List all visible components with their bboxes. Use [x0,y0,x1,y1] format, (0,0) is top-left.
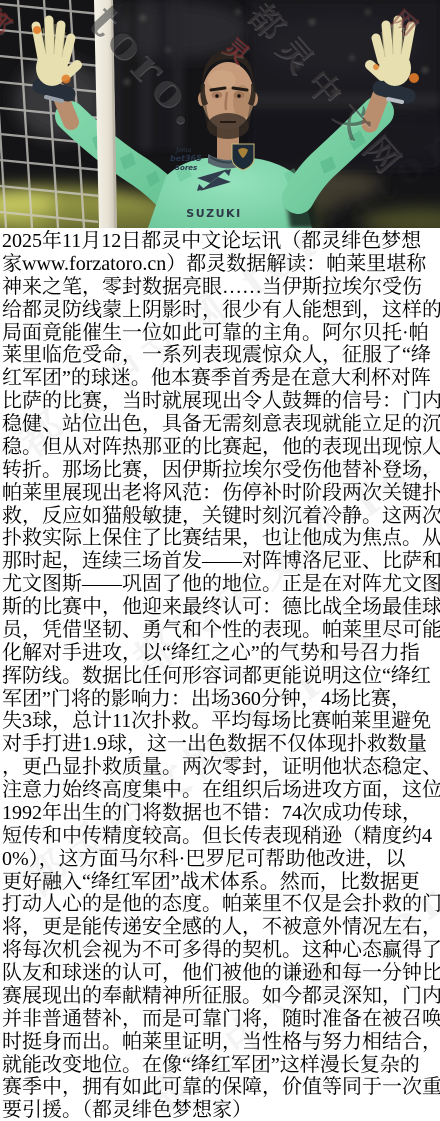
jersey-bet365-text: bet365 [170,154,202,163]
text-line: 斯的比赛中，他迎来最终认可：德比战全场最佳球 [2,596,440,619]
text-line: 给都灵防线蒙上阴影时，很少有人能想到，这样的 [2,299,440,322]
text-line: 打动人心的是他的态度。帕莱里不仅是会扑救的门 [2,893,440,916]
text-line: 挥防线。数据比任何形容词都更能说明这位“绛红 [2,665,440,688]
beard [207,113,249,139]
suzuki-logo-text: SUZUKI [186,207,241,220]
text-line: 队友和球迷的认可，他们被他的谦逊和每一分钟比 [2,962,440,985]
text-line: 稳。但从对阵热那亚的比赛起，他的表现出现惊人 [2,436,440,459]
text-line: 0%），这方面马尔科·巴罗尼可帮助他改进，以 [2,848,440,871]
text-line: 失3球，总计11次扑救。平均每场比赛帕莱里避免 [2,710,440,733]
text-line: 就能改变地位。在像“绛红军团”这样漫长复杂的 [2,1054,440,1077]
text-line: 短传和中传精度较高。但长传表现稍逊（精度约4 [2,825,440,848]
text-line: 家www.forzatoro.cn）都灵数据解读：帕莱里堪称 [2,253,440,276]
text-line: 军团”门将的影响力：出场360分钟，4场比赛， [2,688,440,711]
text-line: 转折。那场比赛，因伊斯拉埃尔受伤他替补登场， [2,459,440,482]
forum-post-page: Joma bet365 Sores SUZUKI [0,0,440,1121]
text-line: 将每次机会视为不可多得的契机。这种心态赢得了 [2,939,440,962]
torino-badge-icon [232,144,254,170]
text-line: 稳健、站位出色，具备无需刻意表现就能立足的沉 [2,413,440,436]
goalkeeper-photo: Joma bet365 Sores SUZUKI [0,0,440,228]
text-line: 对手打进1.9球，这一出色数据不仅体现扑救数量 [2,733,440,756]
text-line: 将，更是能传递安全感的人，不被意外情况左右， [2,916,440,939]
text-line: 比萨的比赛，当时就展现出令人鼓舞的信号：门内 [2,390,440,413]
text-line: 2025年11月12日都灵中文论坛讯（都灵绯色梦想 [2,230,440,253]
jersey-sores-text: Sores [175,164,197,172]
text-line: 帕莱里展现出老将风范：伤停补时阶段两次关键扑 [2,482,440,505]
goalkeeper-photo-art: Joma bet365 Sores SUZUKI [0,0,440,228]
text-line: 赛展现出的奉献精神所征服。如今都灵深知，门内 [2,985,440,1008]
text-line: 并非普通替补，而是可靠门将，随时准备在被召唤 [2,1008,440,1031]
text-line: 时挺身而出。帕莱里证明，当性格与努力相结合， [2,1031,440,1054]
text-line: 1992年出生的门将数据也不错：74次成功传球， [2,802,440,825]
text-line: 红军团”的球迷。他本赛季首秀是在意大利杯对阵 [2,367,440,390]
text-line: 员，凭借坚韧、勇气和个性的表现。帕莱里尽可能 [2,619,440,642]
text-line: 尤文图斯——巩固了他的地位。正是在对阵尤文图 [2,573,440,596]
text-line: 救，反应如猫般敏捷，关键时刻沉着冷静。这两次 [2,505,440,528]
text-line: 注意力始终高度集中。在组织后场进攻方面，这位 [2,779,440,802]
nose [226,92,227,110]
text-line: 要引援。（都灵绯色梦想家） [2,1099,440,1121]
text-line: 莱里临危受命，一系列表现震惊众人，征服了“绛 [2,344,440,367]
text-line: 更好融入“绛红军团”战术体系。然而，比数据更 [2,871,440,894]
text-line: 赛季中，拥有如此可靠的保障，价值等同于一次重 [2,1076,440,1099]
jersey-brand-text: Joma [174,147,192,154]
article-text: 2025年11月12日都灵中文论坛讯（都灵绯色梦想家www.forzatoro.… [0,228,440,1121]
text-line: 化解对手进攻，以“绛红之心”的气势和号召力指 [2,642,440,665]
text-line: ，更凸显扑救质量。两次零封，证明他状态稳定、 [2,756,440,779]
text-line: 神来之笔，零封数据亮眼……当伊斯拉埃尔受伤 [2,276,440,299]
text-line: 那时起，连续三场首发——对阵博洛尼亚、比萨和 [2,550,440,573]
text-line: 局面竟能催生一位如此可靠的主角。阿尔贝托·帕 [2,322,440,345]
text-line: 扑救实际上保住了比赛结果，也让他成为焦点。从 [2,527,440,550]
